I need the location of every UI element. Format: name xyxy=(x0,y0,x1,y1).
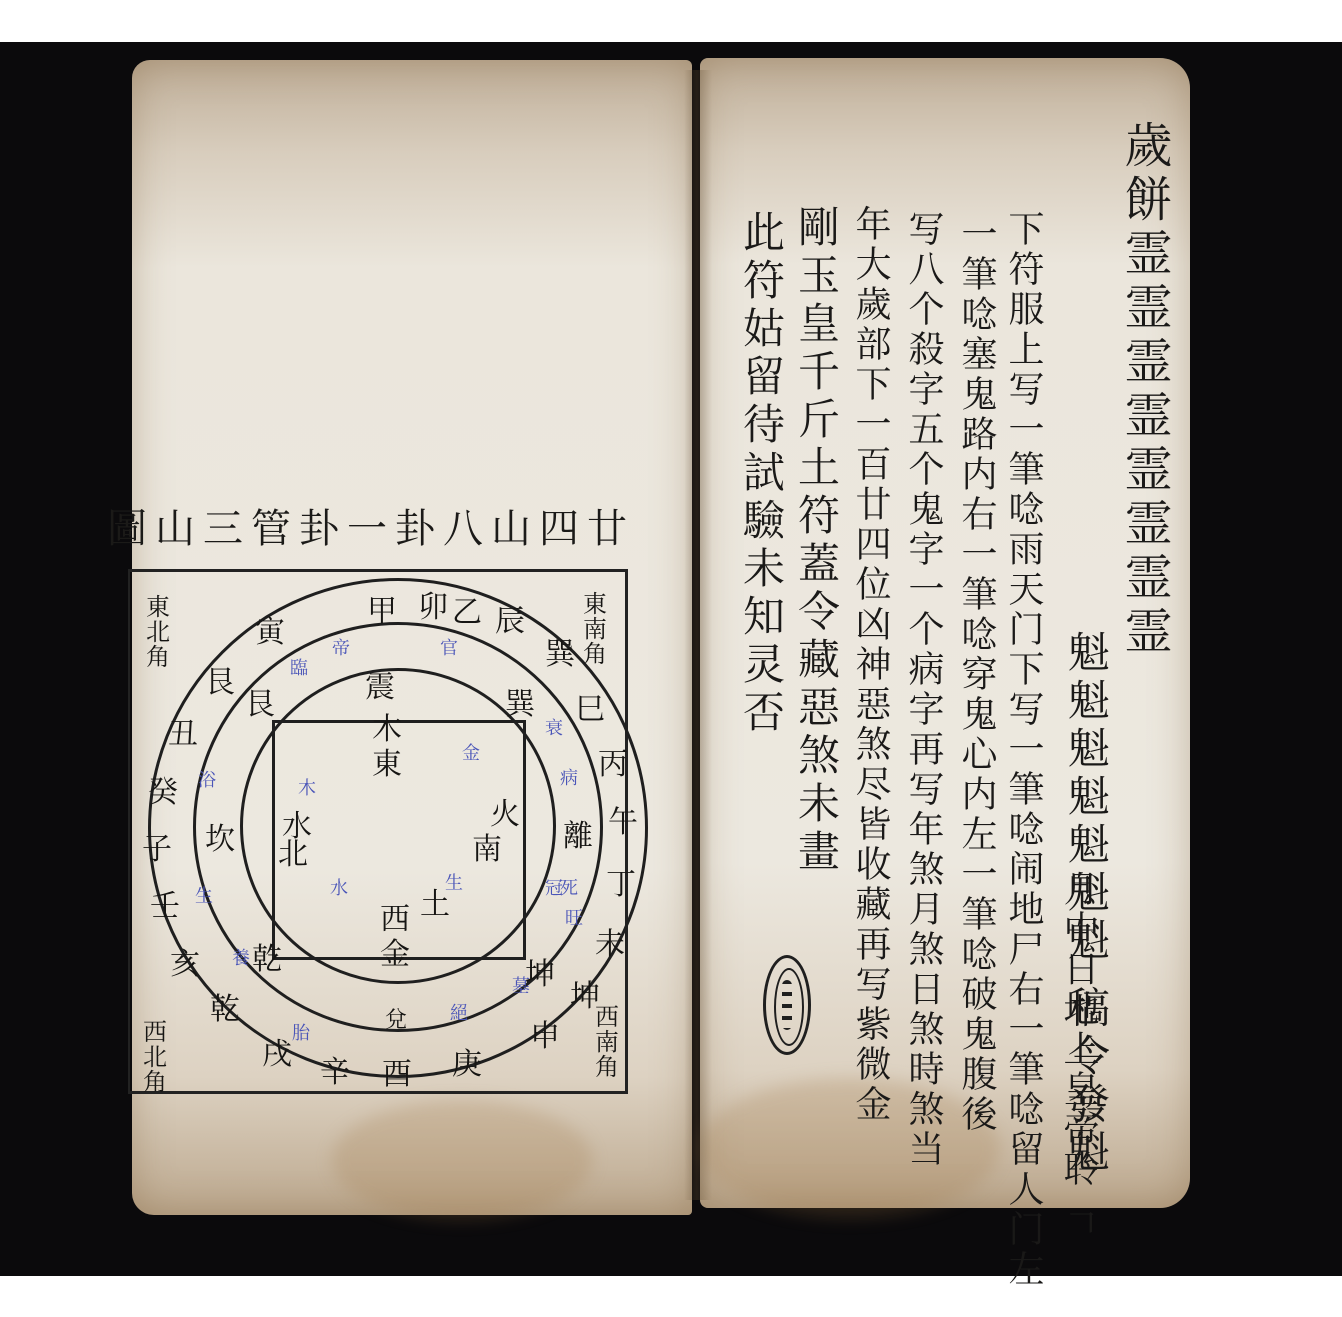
mountain-xin: 辛 xyxy=(320,1058,350,1088)
annotation-yang: 養 xyxy=(232,950,250,968)
element-metal: 金 xyxy=(380,940,410,970)
mountain-si: 巳 xyxy=(575,695,605,725)
mountain-chen: 辰 xyxy=(495,607,525,637)
annotation-wang: 旺 xyxy=(565,910,583,928)
corner-northeast: 東北角 xyxy=(143,595,173,671)
annotation-mu: 墓 xyxy=(512,978,530,996)
annotation-lin: 臨 xyxy=(290,660,308,678)
mountain-xu: 戌 xyxy=(262,1040,292,1070)
text-column-4: 下符服上写一筆唸雨天门下写一筆唸闹地尸右一筆唸留人门左 xyxy=(1005,210,1041,1290)
direction-east: 東 xyxy=(372,750,402,780)
annotation-yu: 浴 xyxy=(198,772,216,790)
text-column-8: 剛玉皇千斤土符蓋令藏惡煞未畫 xyxy=(795,205,837,877)
text-column-1: 歲餅霊霊霊霊霊霊霊霊 xyxy=(1120,120,1168,660)
talisman-seal-icon xyxy=(763,955,811,1055)
mountain-jia: 甲 xyxy=(367,597,397,627)
text-column-6: 写八个殺字五个鬼字一个病字再写年煞月煞日煞時煞当 xyxy=(905,210,941,1170)
mountain-chou: 丑 xyxy=(168,720,198,750)
mountain-shen: 申 xyxy=(530,1022,560,1052)
mountain-hai: 亥 xyxy=(170,950,200,980)
corner-southwest: 西南角 xyxy=(592,1005,622,1081)
mountain-gui: 癸 xyxy=(148,778,178,808)
mountain-ding: 丁 xyxy=(606,870,636,900)
mountain-yi: 乙 xyxy=(452,598,482,628)
mountain-kun: 坤 xyxy=(570,982,600,1012)
mountain-bing: 丙 xyxy=(598,750,628,780)
mountain-yin: 寅 xyxy=(255,618,285,648)
trigram-kan: 坎 xyxy=(205,825,235,855)
annotation-jin: 金 xyxy=(462,745,480,763)
mountain-zi: 子 xyxy=(142,835,172,865)
annotation-shuai: 衰 xyxy=(545,720,563,738)
text-column-3: 月中日地上皇帝聆 𠃍 xyxy=(1060,870,1096,1245)
trigram-qian: 乾 xyxy=(252,945,282,975)
mountain-geng: 庚 xyxy=(452,1050,482,1080)
element-wood: 木 xyxy=(372,715,402,745)
mountain-you: 酉 xyxy=(382,1060,412,1090)
corner-northwest: 西北角 xyxy=(140,1020,170,1096)
annotation-jue: 絕 xyxy=(450,1005,468,1023)
text-column-7: 年大歲部下一百廿四位凶神惡煞尽皆收藏再写紫微金 xyxy=(852,205,888,1125)
annotation-bing: 病 xyxy=(560,770,578,788)
direction-north: 北 xyxy=(278,840,308,870)
trigram-xun: 巽 xyxy=(505,690,535,720)
text-column-5: 一筆唸塞鬼路内右一筆唸穿鬼心内左一筆唸破鬼腹後 xyxy=(958,215,994,1135)
mountain-qian: 乾 xyxy=(210,995,240,1025)
annotation-di: 帝 xyxy=(332,640,350,658)
element-water: 水 xyxy=(282,812,312,842)
annotation-shui: 水 xyxy=(330,880,348,898)
annotation-sheng2: 生 xyxy=(445,875,463,893)
corner-southeast: 東南角 xyxy=(580,592,610,668)
trigram-dui: 兌 xyxy=(385,1010,407,1032)
text-column-9: 此符姑留待試驗未知灵否 xyxy=(740,210,782,738)
mountain-mao: 卯 xyxy=(418,593,448,623)
mountain-xun: 巽 xyxy=(545,640,575,670)
mountain-gen-outer: 艮 xyxy=(205,668,235,698)
diagram-title: 廿四山八卦一卦管三山圖 xyxy=(145,497,635,554)
annotation-mu2: 木 xyxy=(298,780,316,798)
annotation-tai: 胎 xyxy=(292,1025,310,1043)
book-gutter xyxy=(684,70,712,1200)
mountain-wei: 未 xyxy=(595,930,625,960)
annotation-guan: 官 xyxy=(440,640,458,658)
element-fire: 火 xyxy=(490,800,520,830)
direction-south: 南 xyxy=(472,835,502,865)
element-earth: 土 xyxy=(420,890,450,920)
mountain-wu: 午 xyxy=(608,808,638,838)
trigram-li: 離 xyxy=(563,822,593,852)
annotation-sheng: 生 xyxy=(195,888,213,906)
annotation-guan2: 冠 xyxy=(545,880,563,898)
mountain-ren: 壬 xyxy=(150,892,180,922)
trigram-zhen: 震 xyxy=(365,673,395,703)
direction-west: 西 xyxy=(380,905,410,935)
trigram-gen: 艮 xyxy=(245,690,275,720)
